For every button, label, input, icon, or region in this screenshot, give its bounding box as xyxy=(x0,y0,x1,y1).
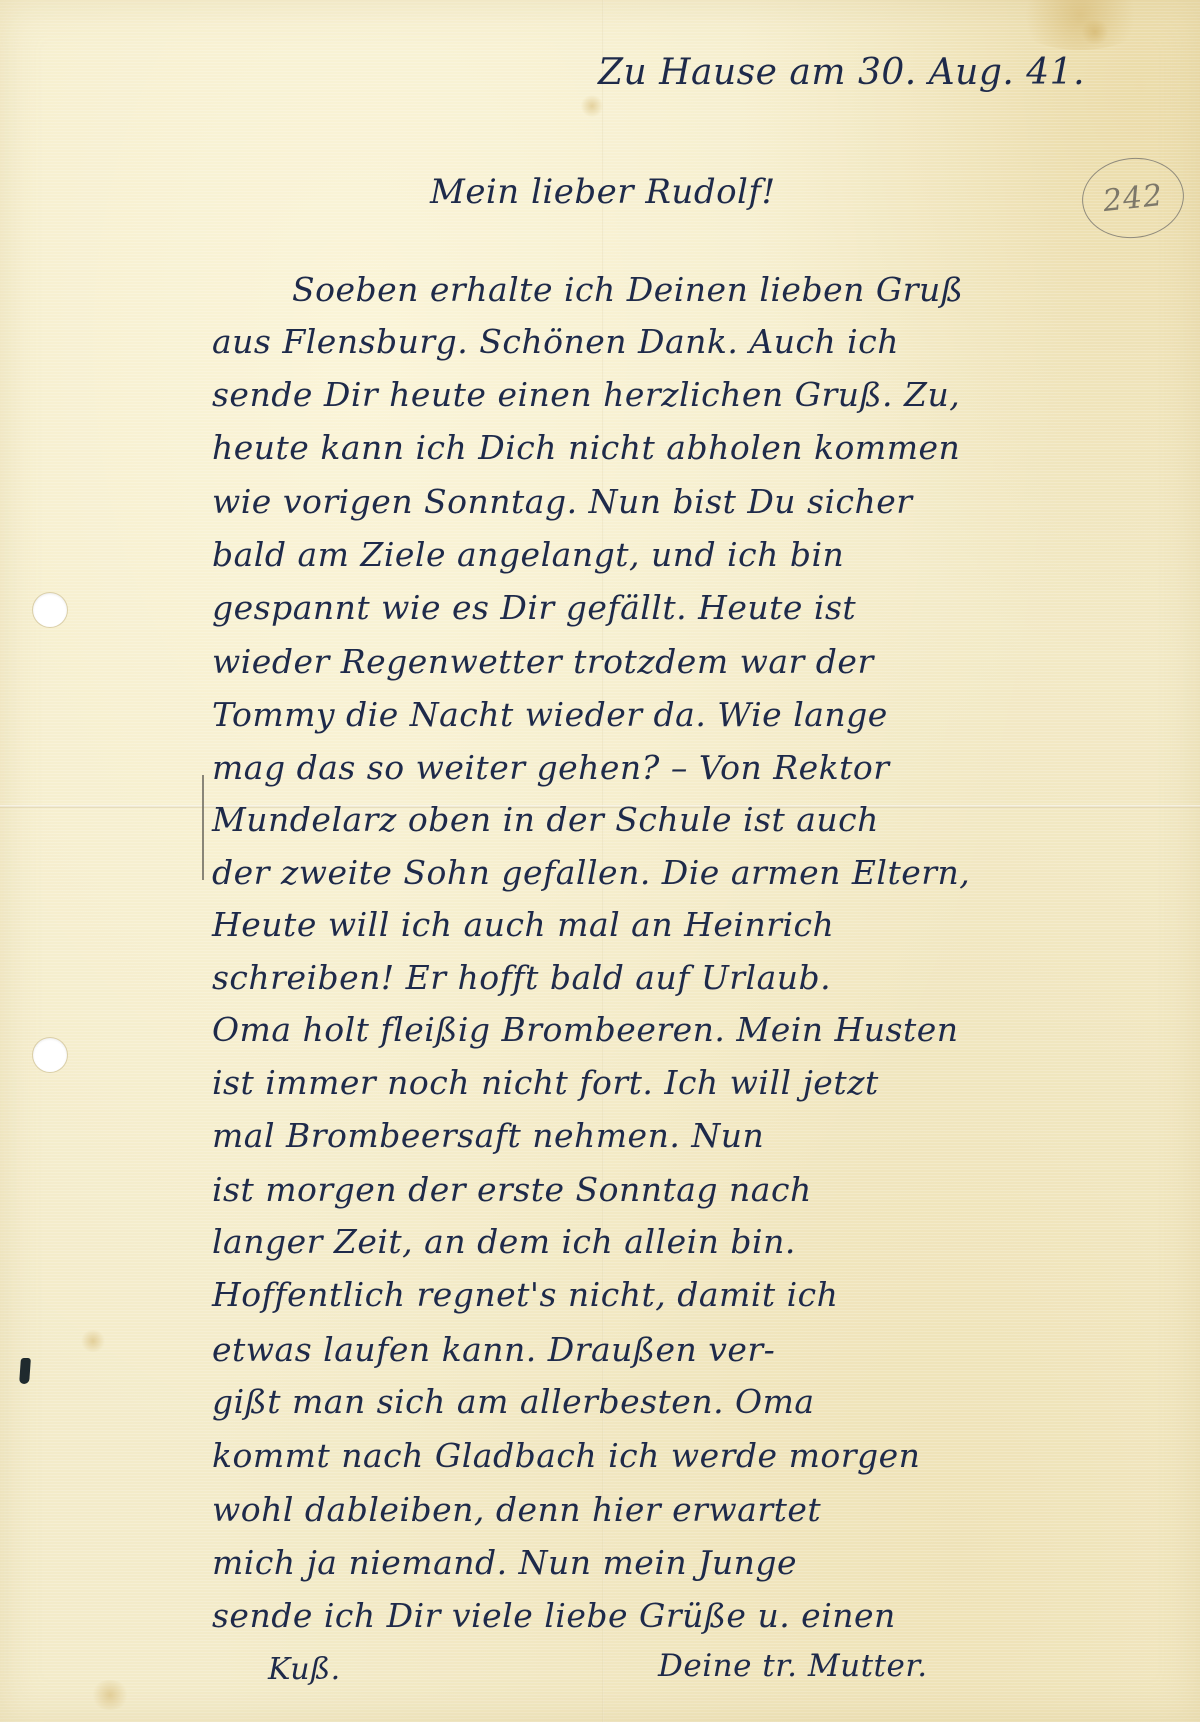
closing-kiss: Kuß. xyxy=(268,1652,341,1687)
ink-blot xyxy=(19,1358,31,1384)
body-line: langer Zeit, an dem ich allein bin. xyxy=(212,1222,796,1261)
body-line: sende Dir heute einen herzlichen Gruß. Z… xyxy=(212,375,960,414)
margin-pencil-line xyxy=(202,775,204,880)
body-line: ist immer noch nicht fort. Ich will jetz… xyxy=(212,1063,879,1102)
body-line: ist morgen der erste Sonntag nach xyxy=(212,1170,812,1209)
paper-stain xyxy=(90,1680,130,1710)
body-line: etwas laufen kann. Draußen ver- xyxy=(212,1330,775,1369)
body-line: mal Brombeersaft nehmen. Nun xyxy=(212,1116,764,1155)
paper-stain xyxy=(1080,20,1110,44)
body-line: Oma holt fleißig Brombeeren. Mein Husten xyxy=(212,1010,959,1049)
body-line: wie vorigen Sonntag. Nun bist Du sicher xyxy=(212,482,913,521)
signature: Deine tr. Mutter. xyxy=(658,1648,928,1684)
body-line: Heute will ich auch mal an Heinrich xyxy=(212,905,834,944)
body-line: mich ja niemand. Nun mein Junge xyxy=(212,1543,797,1582)
paper-stain xyxy=(80,1330,106,1352)
salutation: Mein lieber Rudolf! xyxy=(430,172,776,212)
letter-page: 242 Zu Hause am 30. Aug. 41. Mein lieber… xyxy=(0,0,1200,1722)
paper-stain xyxy=(1010,0,1150,50)
body-line: wohl dableiben, denn hier erwartet xyxy=(212,1490,821,1529)
place-and-date: Zu Hause am 30. Aug. 41. xyxy=(598,52,1085,93)
body-line: gißt man sich am allerbesten. Oma xyxy=(212,1382,815,1421)
body-line: Soeben erhalte ich Deinen lieben Gruß xyxy=(292,270,963,309)
body-line: Tommy die Nacht wieder da. Wie lange xyxy=(212,695,888,734)
body-line: sende ich Dir viele liebe Grüße u. einen xyxy=(212,1596,896,1635)
paper-stain xyxy=(580,95,604,117)
body-line: der zweite Sohn gefallen. Die armen Elte… xyxy=(212,853,970,892)
archive-number-stamp: 242 xyxy=(1078,153,1188,243)
body-line: mag das so weiter gehen? – Von Rektor xyxy=(212,748,890,787)
body-line: bald am Ziele angelangt, und ich bin xyxy=(212,535,844,574)
punch-hole-upper xyxy=(33,593,67,627)
punch-hole-lower xyxy=(33,1038,67,1072)
body-line: Mundelarz oben in der Schule ist auch xyxy=(212,800,879,839)
body-line: heute kann ich Dich nicht abholen kommen xyxy=(212,428,960,467)
body-line: aus Flensburg. Schönen Dank. Auch ich xyxy=(212,322,899,361)
body-line: wieder Regenwetter trotzdem war der xyxy=(212,642,874,681)
body-line: kommt nach Gladbach ich werde morgen xyxy=(212,1436,920,1475)
body-line: gespannt wie es Dir gefällt. Heute ist xyxy=(212,588,856,627)
body-line: schreiben! Er hofft bald auf Urlaub. xyxy=(212,958,831,997)
body-line: Hoffentlich regnet's nicht, damit ich xyxy=(212,1275,838,1314)
archive-number: 242 xyxy=(1101,177,1165,218)
